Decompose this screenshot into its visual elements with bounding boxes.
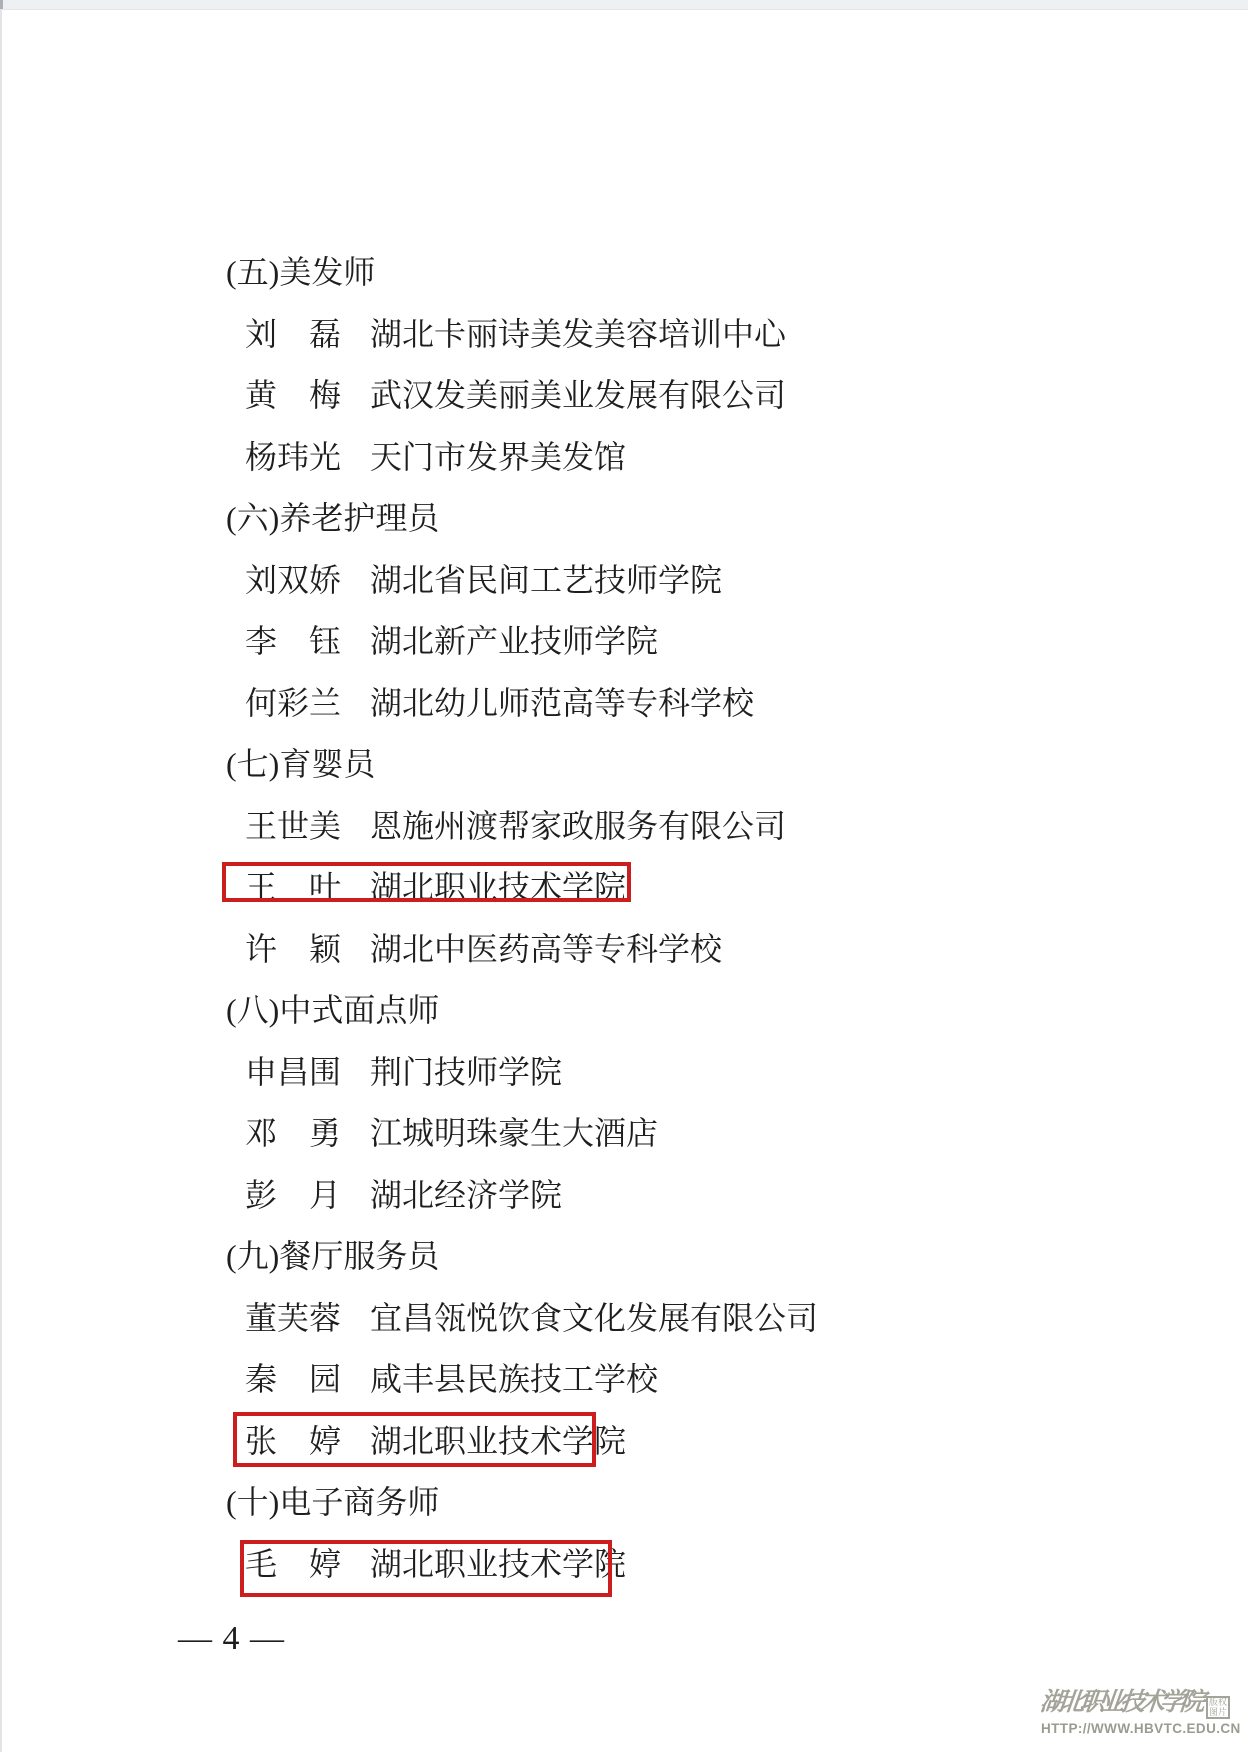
section-row: (六)养老护理员 bbox=[0, 500, 1248, 562]
entry-name: 李 钰 bbox=[245, 623, 341, 660]
entry-name: 黄 梅 bbox=[245, 377, 341, 414]
award-list: (五)美发师 刘 磊 湖北卡丽诗美发美容培训中心 黄 梅 武汉发美丽美业发展有限… bbox=[0, 254, 1248, 1607]
entry-name: 刘 磊 bbox=[245, 316, 341, 353]
section-row: (八)中式面点师 bbox=[0, 992, 1248, 1054]
entry-institution: 武汉发美丽美业发展有限公司 bbox=[370, 377, 786, 414]
entry-institution: 咸丰县民族技工学校 bbox=[370, 1361, 658, 1398]
entry-name: 刘双娇 bbox=[245, 562, 341, 599]
entry-institution: 湖北中医药高等专科学校 bbox=[370, 931, 722, 968]
document-page: (五)美发师 刘 磊 湖北卡丽诗美发美容培训中心 黄 梅 武汉发美丽美业发展有限… bbox=[0, 0, 1248, 1752]
entry-name: 申昌围 bbox=[245, 1054, 341, 1091]
entry-name: 彭 月 bbox=[245, 1177, 341, 1214]
entry-name: 董芙蓉 bbox=[245, 1300, 341, 1337]
section-heading: (五)美发师 bbox=[226, 254, 375, 291]
entry-row: 邓 勇 江城明珠豪生大酒店 bbox=[0, 1115, 1248, 1177]
entry-row: 王世美 恩施州渡帮家政服务有限公司 bbox=[0, 808, 1248, 870]
entry-name: 王世美 bbox=[245, 808, 341, 845]
entry-row: 彭 月 湖北经济学院 bbox=[0, 1177, 1248, 1239]
entry-institution: 荆门技师学院 bbox=[370, 1054, 562, 1091]
section-row: (五)美发师 bbox=[0, 254, 1248, 316]
entry-name: 何彩兰 bbox=[245, 685, 341, 722]
section-row: (九)餐厅服务员 bbox=[0, 1238, 1248, 1300]
entry-institution: 江城明珠豪生大酒店 bbox=[370, 1115, 658, 1152]
entry-name: 杨玮光 bbox=[245, 439, 341, 476]
entry-row: 何彩兰 湖北幼儿师范高等专科学校 bbox=[0, 685, 1248, 747]
entry-row-highlighted: 张 婷 湖北职业技术学院 bbox=[0, 1423, 1248, 1485]
entry-institution: 湖北卡丽诗美发美容培训中心 bbox=[370, 316, 786, 353]
entry-institution: 恩施州渡帮家政服务有限公司 bbox=[370, 808, 786, 845]
top-bar-notch bbox=[0, 0, 3, 9]
highlight-box bbox=[233, 1412, 596, 1467]
entry-institution: 湖北省民间工艺技师学院 bbox=[370, 562, 722, 599]
page-number: — 4 — bbox=[178, 1620, 285, 1657]
entry-institution: 湖北新产业技师学院 bbox=[370, 623, 658, 660]
section-heading: (六)养老护理员 bbox=[226, 500, 439, 537]
watermark-url: HTTP://WWW.HBVTC.EDU.CN bbox=[1041, 1721, 1241, 1736]
entry-name: 秦 园 bbox=[245, 1361, 341, 1398]
highlight-box bbox=[222, 862, 631, 902]
entry-row: 秦 园 咸丰县民族技工学校 bbox=[0, 1361, 1248, 1423]
entry-row: 李 钰 湖北新产业技师学院 bbox=[0, 623, 1248, 685]
watermark-seal: 版权 图片 bbox=[1206, 1696, 1230, 1719]
top-bar bbox=[0, 0, 1248, 10]
highlight-box bbox=[240, 1540, 612, 1597]
section-heading: (七)育婴员 bbox=[226, 746, 375, 783]
entry-institution: 宜昌瓴悦饮食文化发展有限公司 bbox=[370, 1300, 818, 1337]
entry-row: 申昌围 荆门技师学院 bbox=[0, 1054, 1248, 1116]
section-heading: (九)餐厅服务员 bbox=[226, 1238, 439, 1275]
entry-row-highlighted: 毛 婷 湖北职业技术学院 bbox=[0, 1546, 1248, 1608]
entry-institution: 天门市发界美发馆 bbox=[370, 439, 626, 476]
section-heading: (十)电子商务师 bbox=[226, 1484, 439, 1521]
entry-row: 许 颖 湖北中医药高等专科学校 bbox=[0, 931, 1248, 993]
entry-row: 杨玮光 天门市发界美发馆 bbox=[0, 439, 1248, 501]
entry-row: 董芙蓉 宜昌瓴悦饮食文化发展有限公司 bbox=[0, 1300, 1248, 1362]
watermark-seal-line2: 图片 bbox=[1208, 1708, 1228, 1718]
entry-row: 刘双娇 湖北省民间工艺技师学院 bbox=[0, 562, 1248, 624]
entry-name: 许 颖 bbox=[245, 931, 341, 968]
entry-institution: 湖北幼儿师范高等专科学校 bbox=[370, 685, 754, 722]
entry-institution: 湖北经济学院 bbox=[370, 1177, 562, 1214]
section-heading: (八)中式面点师 bbox=[226, 992, 439, 1029]
section-row: (十)电子商务师 bbox=[0, 1484, 1248, 1546]
watermark-script-text: 湖北职业技术学院 bbox=[1039, 1689, 1212, 1717]
entry-row: 刘 磊 湖北卡丽诗美发美容培训中心 bbox=[0, 316, 1248, 378]
entry-name: 邓 勇 bbox=[245, 1115, 341, 1152]
entry-row: 黄 梅 武汉发美丽美业发展有限公司 bbox=[0, 377, 1248, 439]
section-row: (七)育婴员 bbox=[0, 746, 1248, 808]
